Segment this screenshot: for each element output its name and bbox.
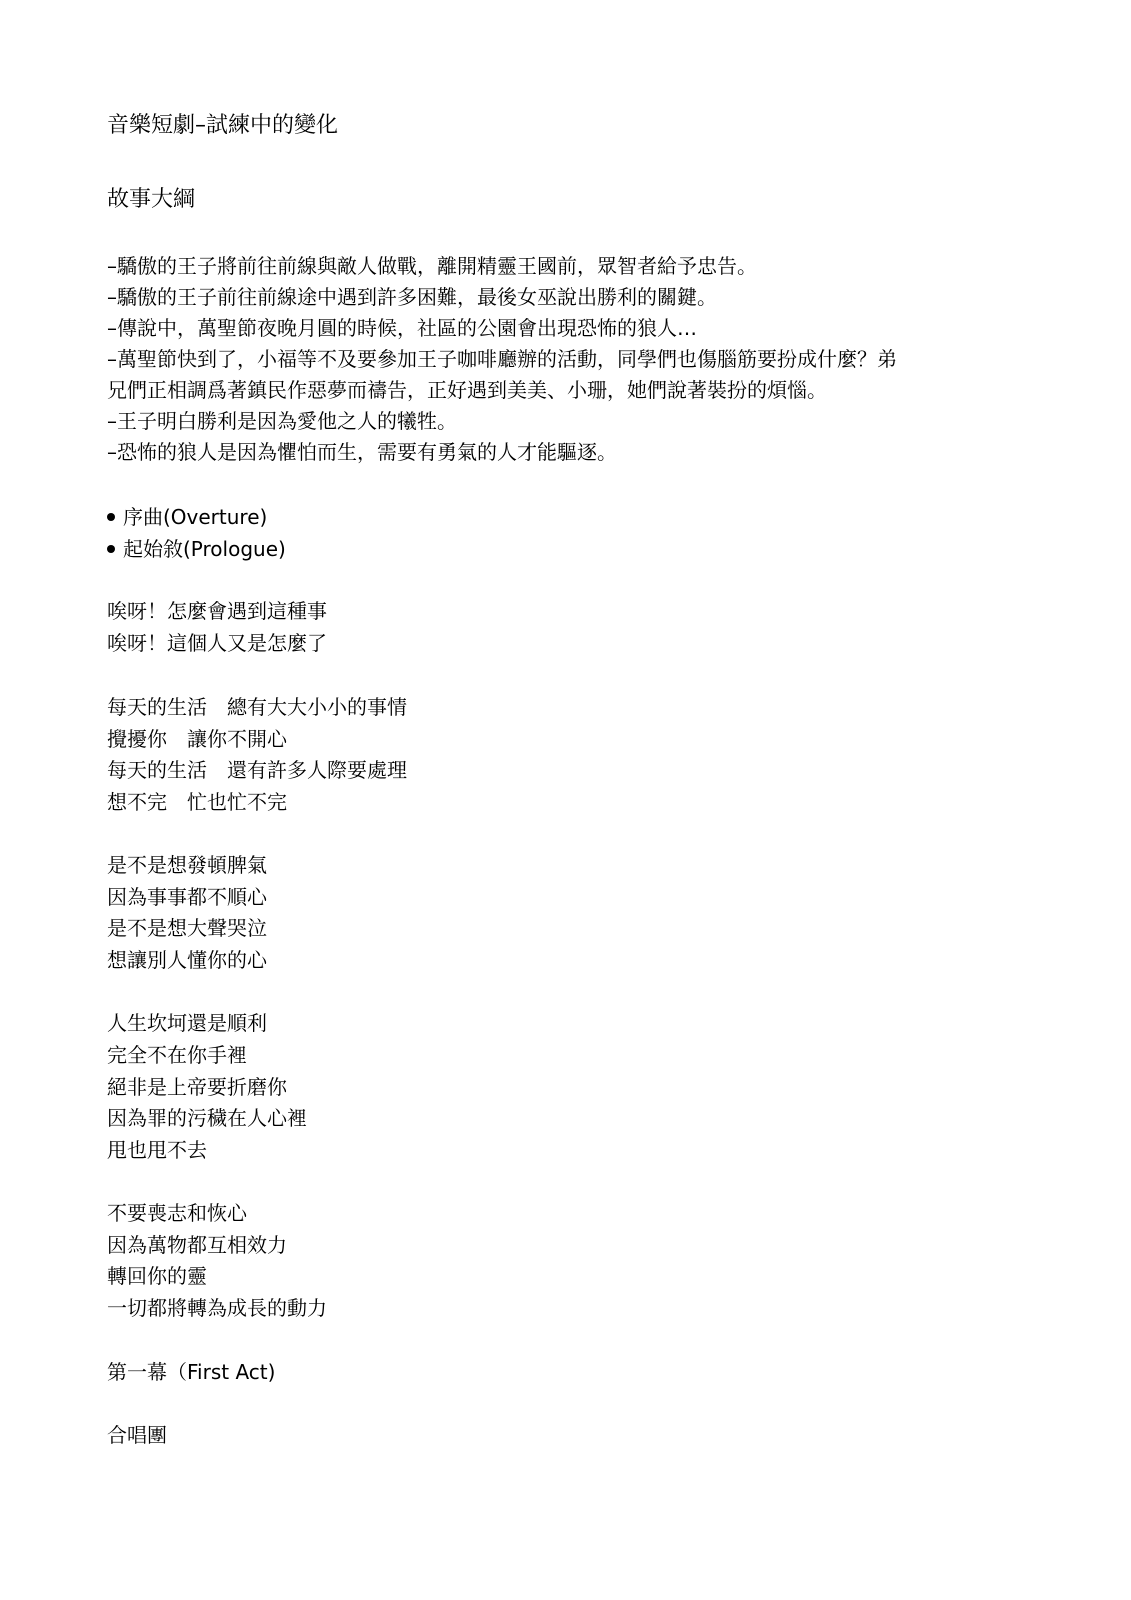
outline-item: 起始敘(Prologue) xyxy=(107,535,286,563)
bullet-icon xyxy=(107,545,115,553)
synopsis-line: –傳說中，萬聖節夜晚月圓的時候，社區的公園會出現恐怖的狼人… xyxy=(107,314,697,342)
document-title: 音樂短劇–試練中的變化 xyxy=(107,112,338,140)
lyric-line: 每天的生活 總有大大小小的事情 xyxy=(107,693,407,721)
synopsis-line: –驕傲的王子前往前線途中遇到許多困難，最後女巫說出勝利的關鍵。 xyxy=(107,283,717,311)
lyric-line: 因為罪的污穢在人心裡 xyxy=(107,1104,307,1132)
lyric-line: 轉回你的靈 xyxy=(107,1262,207,1290)
lyric-line: 一切都將轉為成長的動力 xyxy=(107,1294,327,1322)
lyric-line: 不要喪志和恢心 xyxy=(107,1199,247,1227)
synopsis-line: 兄們正相調爲著鎮民作惡夢而禱告，正好遇到美美、小珊，她們說著裝扮的煩惱。 xyxy=(107,376,827,404)
outline-item: 序曲(Overture) xyxy=(107,503,267,531)
synopsis-line: –恐怖的狼人是因為懼怕而生，需要有勇氣的人才能驅逐。 xyxy=(107,438,617,466)
lyric-line: 想讓別人懂你的心 xyxy=(107,946,267,974)
lyric-line: 人生坎坷還是順利 xyxy=(107,1009,267,1037)
section-heading-synopsis: 故事大綱 xyxy=(107,186,195,214)
outline-item-label: 起始敘(Prologue) xyxy=(123,537,286,561)
outline-item-label: 序曲(Overture) xyxy=(123,505,267,529)
bullet-icon xyxy=(107,513,115,521)
lyric-line: 因為萬物都互相效力 xyxy=(107,1231,287,1259)
lyric-line: 甩也甩不去 xyxy=(107,1136,207,1164)
lyric-line: 唉呀！怎麼會遇到這種事 xyxy=(107,597,327,625)
lyric-line: 每天的生活 還有許多人際要處理 xyxy=(107,756,407,784)
synopsis-line: –萬聖節快到了，小福等不及要參加王子咖啡廳辦的活動，同學們也傷腦筋要扮成什麼？弟 xyxy=(107,345,897,373)
lyric-line: 完全不在你手裡 xyxy=(107,1041,247,1069)
lyric-line: 攪擾你 讓你不開心 xyxy=(107,725,287,753)
lyric-line: 因為事事都不順心 xyxy=(107,883,267,911)
lyric-line: 是不是想大聲哭泣 xyxy=(107,914,267,942)
lyric-line: 是不是想發頓脾氣 xyxy=(107,851,267,879)
lyric-line: 絕非是上帝要折磨你 xyxy=(107,1073,287,1101)
act-heading: 第一幕（First Act) xyxy=(107,1358,275,1386)
synopsis-line: –王子明白勝利是因為愛他之人的犧牲。 xyxy=(107,407,457,435)
chorus-label: 合唱團 xyxy=(107,1421,167,1449)
synopsis-line: –驕傲的王子將前往前線與敵人做戰，離開精靈王國前，眾智者給予忠告。 xyxy=(107,252,757,280)
lyric-line: 唉呀！這個人又是怎麼了 xyxy=(107,629,327,657)
lyric-line: 想不完 忙也忙不完 xyxy=(107,788,287,816)
